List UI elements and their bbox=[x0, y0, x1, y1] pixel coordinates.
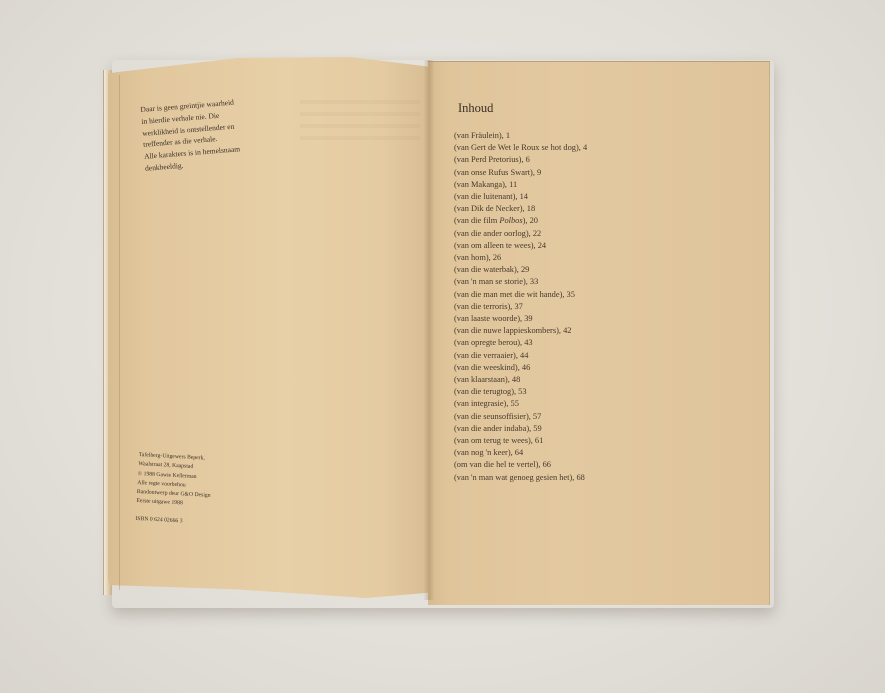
toc-entry: (van die seunsoffisier), 57 bbox=[454, 411, 587, 423]
book-gutter bbox=[424, 60, 434, 600]
toc-entry: (van die verraaier), 44 bbox=[454, 350, 587, 362]
toc-entry: (van om alleen te wees), 24 bbox=[454, 240, 587, 252]
toc-entry: (van opregte berou), 43 bbox=[454, 337, 587, 349]
toc-entry: (van die luitenant), 14 bbox=[454, 191, 587, 203]
toc-entry: (van hom), 26 bbox=[454, 252, 587, 264]
toc-entry: (van 'n man wat genoeg gesien het), 68 bbox=[454, 472, 587, 484]
bleed-through-text bbox=[300, 100, 420, 140]
toc-entry: (van laaste woorde), 39 bbox=[454, 313, 587, 325]
publisher-imprint: Tafelberg-Uitgewers Beperk, Waalstraat 2… bbox=[135, 451, 269, 531]
toc-entry: (van 'n man se storie), 33 bbox=[454, 276, 587, 288]
toc-entry: (van die film Polbos), 20 bbox=[454, 215, 587, 227]
toc-entry: (van die man met die wit hande), 35 bbox=[454, 289, 587, 301]
toc-entry: (van die nuwe lappieskombers), 42 bbox=[454, 325, 587, 337]
toc-entry: (van klaarstaan), 48 bbox=[454, 374, 587, 386]
toc-entry: (van die ander indaba), 59 bbox=[454, 423, 587, 435]
toc-entry: (van die weeskind), 46 bbox=[454, 362, 587, 374]
toc-entry: (van die waterbak), 29 bbox=[454, 264, 587, 276]
table-of-contents: (van Fräulein), 1 (van Gert de Wet le Ro… bbox=[454, 130, 587, 484]
toc-entry: (van die terroris), 37 bbox=[454, 301, 587, 313]
toc-entry: (van onse Rufus Swart), 9 bbox=[454, 167, 587, 179]
open-book: Daar is geen greintjie waarheid in hierd… bbox=[0, 0, 885, 693]
toc-entry: (van die terugtog), 53 bbox=[454, 386, 587, 398]
toc-entry: (van Dik de Necker), 18 bbox=[454, 203, 587, 215]
toc-entry: (van nog 'n keer), 64 bbox=[454, 447, 587, 459]
toc-entry: (van Makanga), 11 bbox=[454, 179, 587, 191]
toc-entry: (van die ander oorlog), 22 bbox=[454, 228, 587, 240]
film-title: Polbos bbox=[499, 216, 522, 225]
toc-entry: (van Perd Pretorius), 6 bbox=[454, 154, 587, 166]
toc-entry: (van om terug te wees), 61 bbox=[454, 435, 587, 447]
toc-entry: (van integrasie), 55 bbox=[454, 398, 587, 410]
toc-entry: (van Fräulein), 1 bbox=[454, 130, 587, 142]
epigraph: Daar is geen greintjie waarheid in hierd… bbox=[140, 92, 295, 174]
contents-heading: Inhoud bbox=[458, 101, 493, 116]
toc-entry: (van Gert de Wet le Roux se hot dog), 4 bbox=[454, 142, 587, 154]
page-edge-line bbox=[119, 75, 120, 590]
toc-entry: (om van die hel te vertel), 66 bbox=[454, 459, 587, 471]
